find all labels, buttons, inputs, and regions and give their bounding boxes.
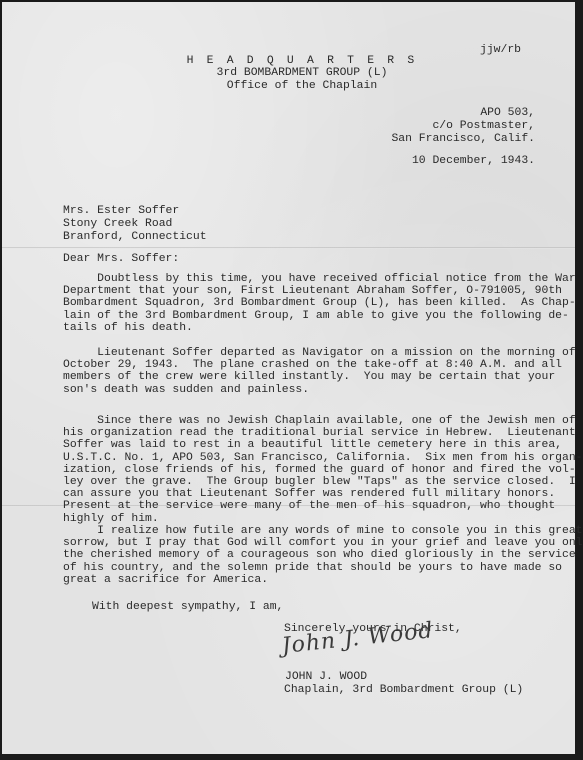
paragraph-line: Doubtless by this time, you have receive…	[63, 273, 563, 285]
paragraph-line: tails of his death.	[63, 322, 563, 334]
paragraph-line: I realize how futile are any words of mi…	[63, 525, 563, 537]
paragraph-line: U.S.T.C. No. 1, APO 503, San Francisco, …	[63, 452, 563, 464]
paragraph-line: Lieutenant Soffer departed as Navigator …	[63, 347, 563, 359]
paragraph-line: ization, close friends of his, formed th…	[63, 464, 563, 476]
paragraph-line: Bombardment Squadron, 3rd Bombardment Gr…	[63, 297, 563, 309]
paragraph-line: lain of the 3rd Bombardment Group, I am …	[63, 310, 563, 322]
recipient-city: Branford, Connecticut	[63, 229, 207, 247]
paragraph-line: can assure you that Lieutenant Soffer wa…	[63, 488, 563, 500]
sender-address-line3: San Francisco, Calif.	[391, 131, 535, 149]
body-paragraph: Lieutenant Soffer departed as Navigator …	[63, 347, 563, 396]
paragraph-line: highly of him.	[63, 513, 563, 525]
fold-crease	[2, 247, 575, 249]
signer-title: Chaplain, 3rd Bombardment Group (L)	[284, 682, 523, 700]
paragraph-line: October 29, 1943. The plane crashed on t…	[63, 359, 563, 371]
closing-line: With deepest sympathy, I am,	[92, 599, 283, 617]
paragraph-line: Since there was no Jewish Chaplain avail…	[63, 415, 563, 427]
body-paragraph: Doubtless by this time, you have receive…	[63, 273, 563, 334]
salutation: Dear Mrs. Soffer:	[63, 251, 179, 269]
paragraph-line: sorrow, but I pray that God will comfort…	[63, 537, 563, 549]
paragraph-line: his organization read the traditional bu…	[63, 427, 563, 439]
letter-page: jjw/rb H E A D Q U A R T E R S 3rd BOMBA…	[2, 2, 575, 754]
paragraph-line: ley over the grave. The Group bugler ble…	[63, 476, 563, 488]
letter-date: 10 December, 1943.	[412, 153, 535, 171]
paragraph-line: members of the crew were killed instantl…	[63, 371, 563, 383]
paragraph-line: Department that your son, First Lieutena…	[63, 285, 563, 297]
paragraph-line: Present at the service were many of the …	[63, 500, 563, 512]
reference-initials: jjw/rb	[480, 42, 521, 60]
paragraph-line: son's death was sudden and painless.	[63, 384, 563, 396]
body-paragraph: Since there was no Jewish Chaplain avail…	[63, 415, 563, 525]
letterhead-office: Office of the Chaplain	[182, 78, 422, 96]
body-paragraph: I realize how futile are any words of mi…	[63, 525, 563, 586]
paragraph-line: the cherished memory of a courageous son…	[63, 549, 563, 561]
paragraph-line: great a sacrifice for America.	[63, 574, 563, 586]
paragraph-line: Soffer was laid to rest in a beautiful l…	[63, 439, 563, 451]
paragraph-line: of his country, and the solemn pride tha…	[63, 562, 563, 574]
